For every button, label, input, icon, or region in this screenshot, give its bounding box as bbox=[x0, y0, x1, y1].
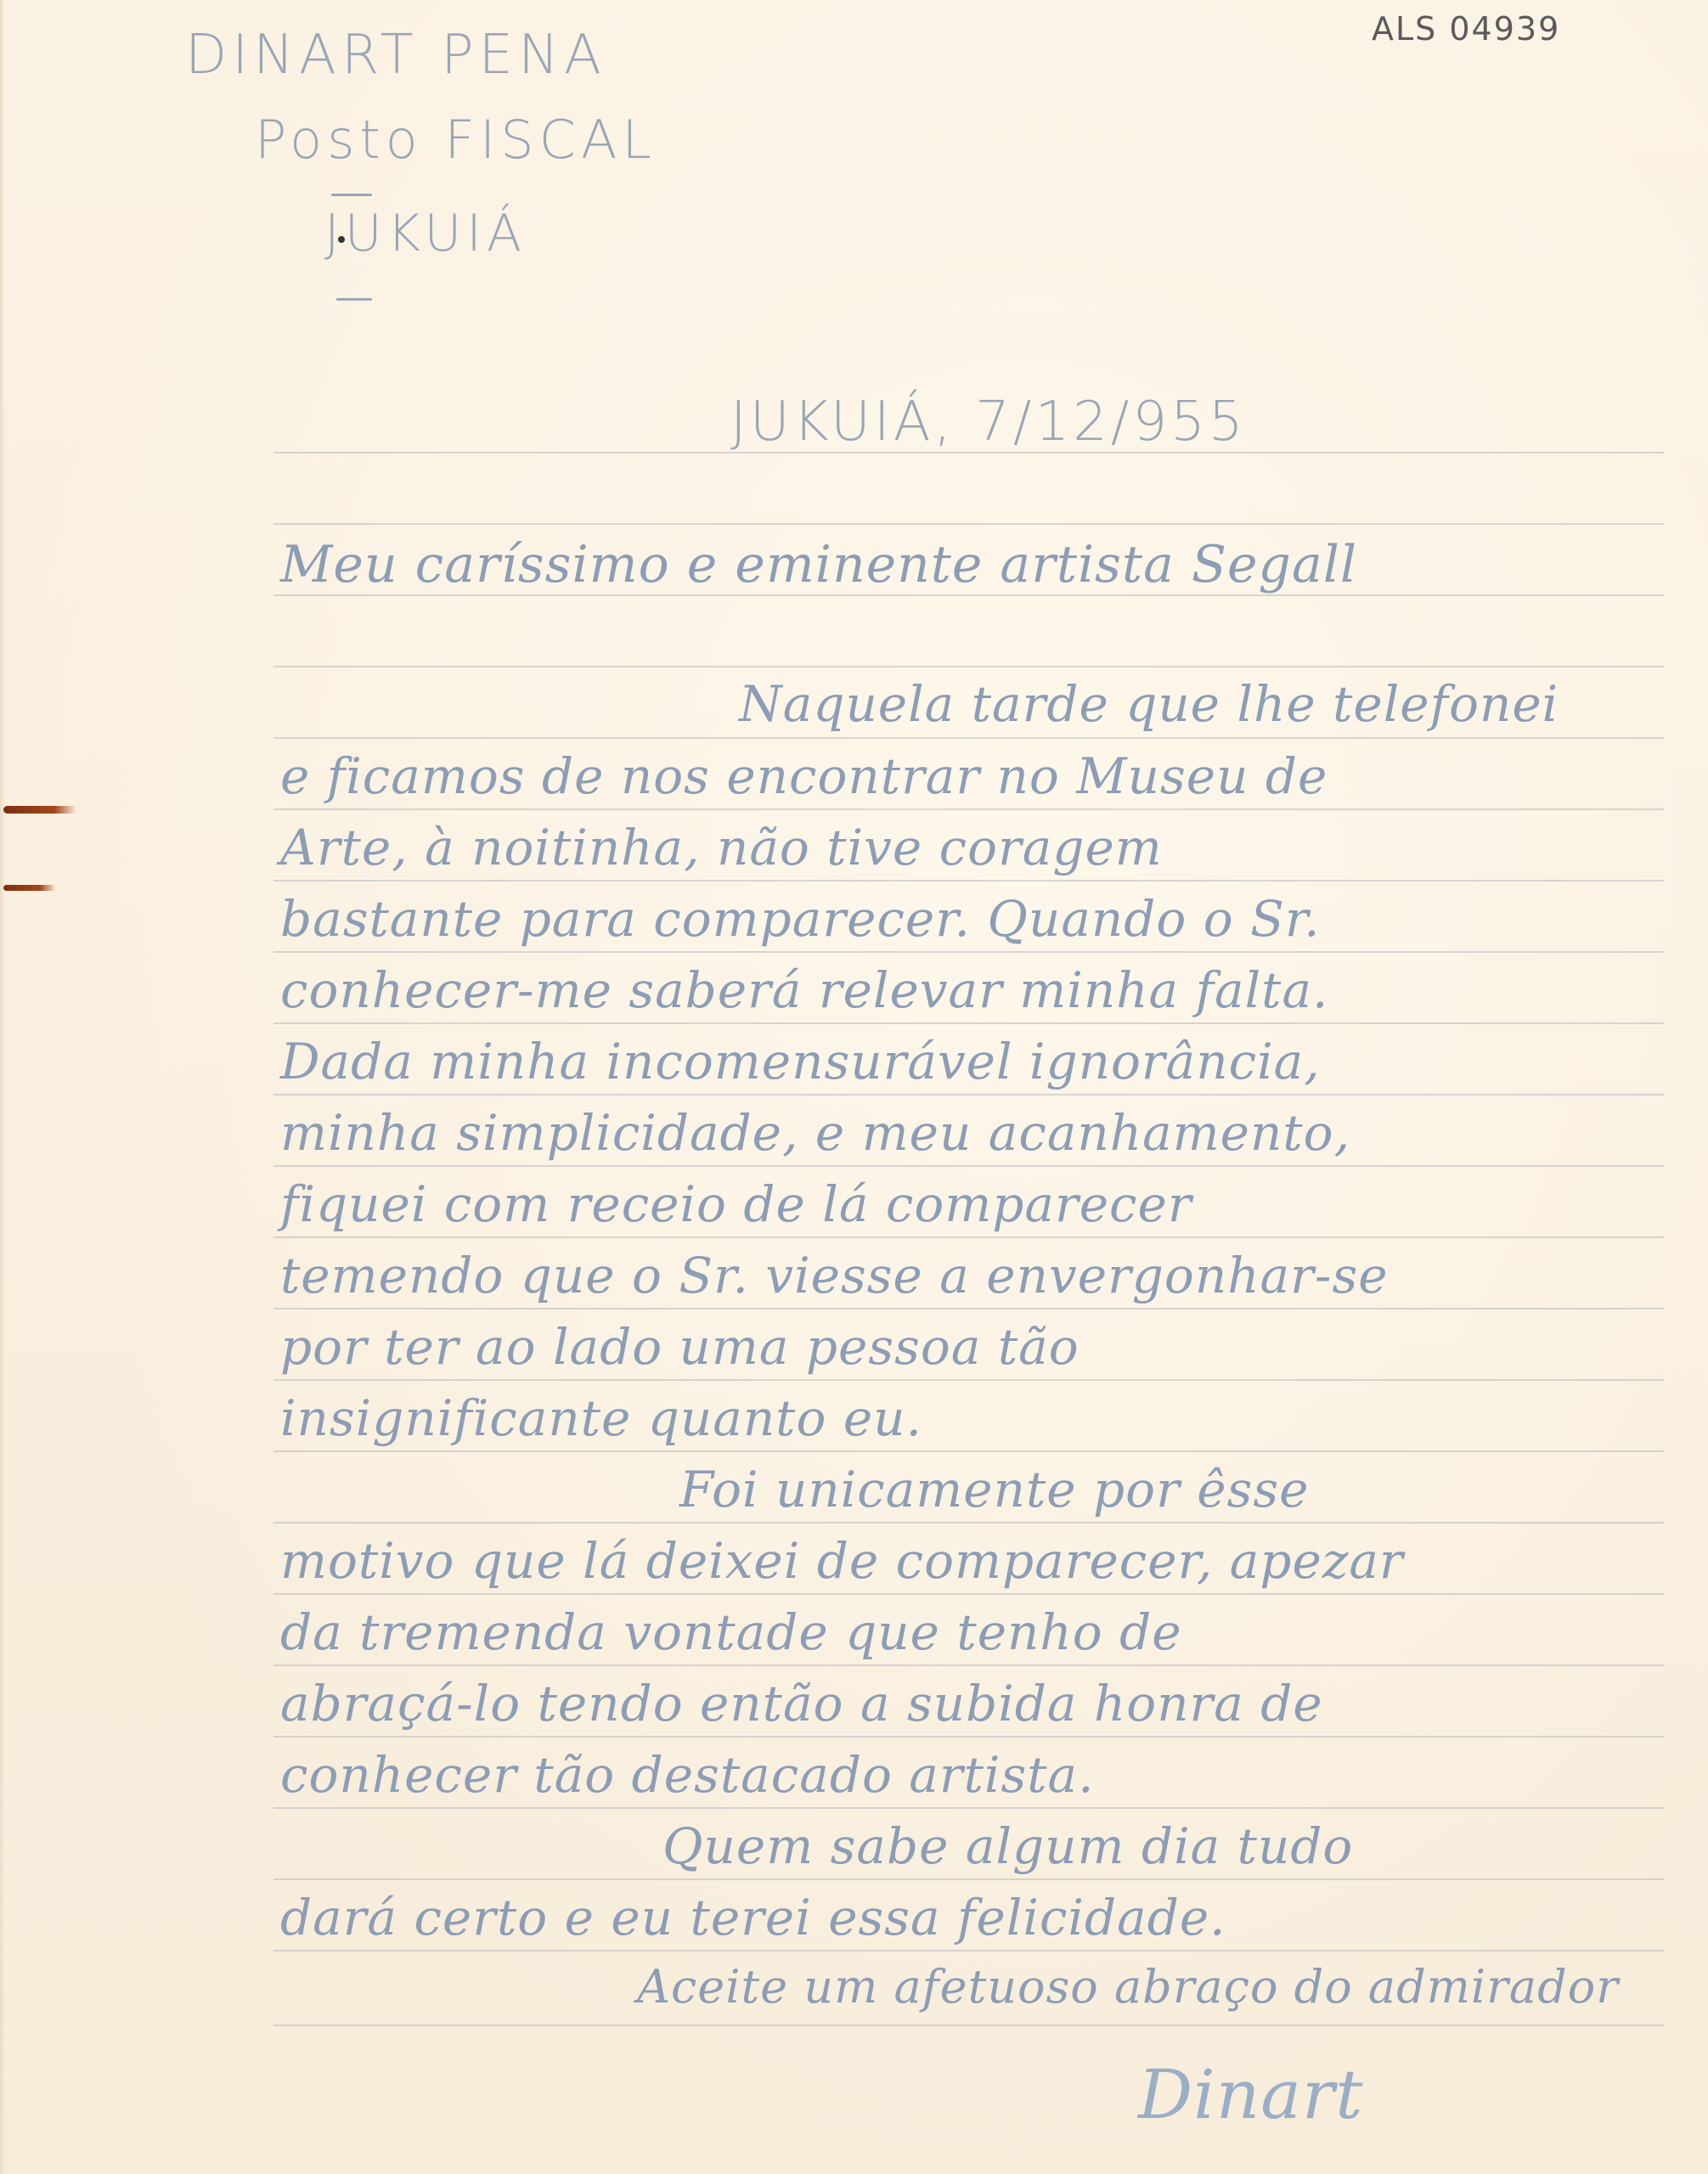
body-line: abraçá-lo tendo então a subida honra de bbox=[280, 1675, 1323, 1732]
dateline: JUKUIÁ, 7/12/955 bbox=[730, 391, 1247, 453]
body-line: Quem sabe algum dia tudo bbox=[662, 1817, 1353, 1875]
body-line: fiquei com receio de lá comparecer bbox=[280, 1175, 1192, 1233]
salutation: Meu caríssimo e eminente artista Segall bbox=[280, 535, 1357, 594]
rust-mark bbox=[3, 806, 76, 814]
body-line: insignificante quanto eu. bbox=[280, 1389, 922, 1447]
pen-stroke bbox=[331, 194, 372, 196]
pen-stroke bbox=[336, 298, 372, 301]
archive-code: ALS 04939 bbox=[1372, 10, 1560, 48]
body-line: conhecer tão destacado artista. bbox=[280, 1746, 1095, 1804]
body-line: temendo que o Sr. viesse a envergonhar-s… bbox=[280, 1247, 1389, 1304]
body-line: Foi unicamente por êsse bbox=[679, 1461, 1309, 1518]
body-line: Naquela tarde que lhe telefonei bbox=[739, 675, 1559, 733]
body-line: motivo que lá deixei de comparecer, apez… bbox=[280, 1532, 1404, 1590]
body-line: dará certo e eu terei essa felicidade. bbox=[280, 1889, 1226, 1946]
sender-town: JUKUIÁ bbox=[324, 204, 527, 263]
body-line: minha simplicidade, e meu acanhamento, bbox=[280, 1104, 1350, 1162]
closing-line: Aceite um afetuoso abraço do admirador bbox=[637, 1960, 1619, 2013]
paper-edge bbox=[0, 0, 5, 2174]
sender-name: DINART PENA bbox=[185, 24, 606, 87]
body-line: bastante para comparecer. Quando o Sr. bbox=[280, 890, 1321, 948]
body-line: Arte, à noitinha, não tive coragem bbox=[280, 819, 1163, 876]
body-line: conhecer-me saberá relevar minha falta. bbox=[280, 961, 1329, 1019]
body-line: por ter ao lado uma pessoa tão bbox=[280, 1318, 1079, 1376]
body-line: da tremenda vontade que tenho de bbox=[280, 1603, 1182, 1661]
rust-mark bbox=[3, 885, 56, 891]
sender-office: Posto FISCAL bbox=[255, 109, 657, 171]
body-line: e ficamos de nos encontrar no Museu de bbox=[280, 747, 1328, 805]
signature: Dinart bbox=[1138, 2055, 1363, 2134]
body-line: Dada minha incomensurável ignorância, bbox=[280, 1033, 1321, 1090]
letter-page: ALS 04939 DINART PENA Posto FISCAL JUKUI… bbox=[0, 0, 1708, 2174]
